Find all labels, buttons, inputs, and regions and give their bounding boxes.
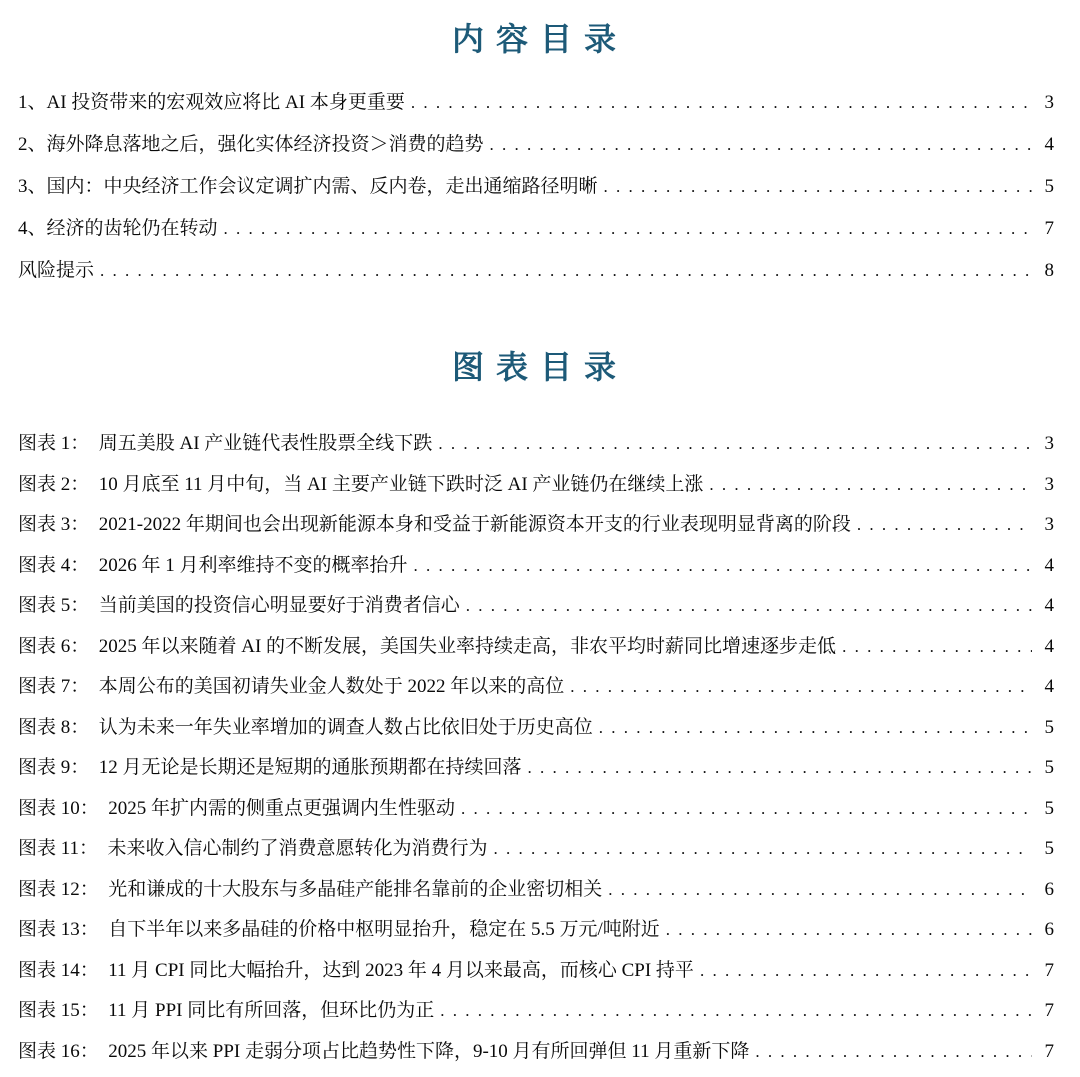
- toc-entry-page: 5: [1040, 748, 1054, 789]
- toc-entry-page: 6: [1040, 870, 1054, 911]
- toc-leader-dots: [842, 627, 1032, 668]
- toc-entry-label: 风险提示: [18, 250, 94, 292]
- toc-entry-label: 图表 12： 光和谦成的十大股东与多晶硅产能排名靠前的企业密切相关: [18, 870, 602, 911]
- toc-entry-page: 4: [1040, 667, 1054, 708]
- toc-entry[interactable]: 1、AI 投资带来的宏观效应将比 AI 本身更重要 3: [18, 82, 1054, 124]
- toc-leader-dots: [100, 250, 1032, 292]
- toc-page: 内容目录 1、AI 投资带来的宏观效应将比 AI 本身更重要 3 2、海外降息落…: [0, 0, 1080, 1077]
- toc-entry-page: 7: [1040, 1032, 1054, 1073]
- content-toc-list: 1、AI 投资带来的宏观效应将比 AI 本身更重要 3 2、海外降息落地之后，强…: [0, 82, 1080, 292]
- toc-entry-label: 图表 10： 2025 年扩内需的侧重点更强调内生性驱动: [18, 789, 455, 830]
- figure-toc-list: 图表 1： 周五美股 AI 产业链代表性股票全线下跌 3 图表 2： 10 月底…: [0, 424, 1080, 1072]
- toc-entry-label: 图表 9： 12 月无论是长期还是短期的通胀预期都在持续回落: [18, 748, 522, 789]
- toc-entry-page: 5: [1040, 166, 1054, 208]
- toc-entry-page: 3: [1040, 465, 1054, 506]
- toc-leader-dots: [570, 667, 1032, 708]
- toc-entry-label: 图表 5： 当前美国的投资信心明显要好于消费者信心: [18, 586, 460, 627]
- toc-entry-label: 3、国内：中央经济工作会议定调扩内需、反内卷，走出通缩路径明晰: [18, 166, 598, 208]
- toc-entry-page: 7: [1040, 951, 1054, 992]
- toc-entry[interactable]: 图表 8： 认为未来一年失业率增加的调查人数占比依旧处于历史高位 5: [18, 708, 1054, 749]
- toc-leader-dots: [411, 82, 1032, 124]
- toc-entry-page: 5: [1040, 789, 1054, 830]
- toc-leader-dots: [414, 546, 1032, 587]
- toc-entry-label: 图表 2： 10 月底至 11 月中旬，当 AI 主要产业链下跌时泛 AI 产业…: [18, 465, 703, 506]
- toc-entry-page: 3: [1040, 424, 1054, 465]
- toc-entry-page: 7: [1040, 208, 1054, 250]
- toc-entry-page: 7: [1040, 991, 1054, 1032]
- toc-entry[interactable]: 图表 11： 未来收入信心制约了消费意愿转化为消费行为 5: [18, 829, 1054, 870]
- toc-leader-dots: [466, 586, 1032, 627]
- toc-entry[interactable]: 3、国内：中央经济工作会议定调扩内需、反内卷，走出通缩路径明晰 5: [18, 166, 1054, 208]
- toc-entry-page: 3: [1040, 82, 1054, 124]
- toc-entry-label: 图表 16： 2025 年以来 PPI 走弱分项占比趋势性下降，9-10 月有所…: [18, 1032, 749, 1073]
- toc-entry[interactable]: 图表 9： 12 月无论是长期还是短期的通胀预期都在持续回落 5: [18, 748, 1054, 789]
- toc-entry[interactable]: 图表 6： 2025 年以来随着 AI 的不断发展，美国失业率持续走高，非农平均…: [18, 627, 1054, 668]
- toc-entry-label: 图表 11： 未来收入信心制约了消费意愿转化为消费行为: [18, 829, 488, 870]
- toc-leader-dots: [857, 505, 1032, 546]
- toc-entry-label: 4、经济的齿轮仍在转动: [18, 208, 218, 250]
- toc-leader-dots: [700, 951, 1032, 992]
- toc-entry[interactable]: 图表 15： 11 月 PPI 同比有所回落，但环比仍为正 7: [18, 991, 1054, 1032]
- toc-entry[interactable]: 图表 1： 周五美股 AI 产业链代表性股票全线下跌 3: [18, 424, 1054, 465]
- toc-entry-label: 图表 6： 2025 年以来随着 AI 的不断发展，美国失业率持续走高，非农平均…: [18, 627, 836, 668]
- toc-leader-dots: [440, 991, 1032, 1032]
- figure-toc-title: 图表目录: [0, 342, 1080, 400]
- toc-entry-label: 图表 8： 认为未来一年失业率增加的调查人数占比依旧处于历史高位: [18, 708, 593, 749]
- toc-leader-dots: [494, 829, 1032, 870]
- toc-leader-dots: [599, 708, 1032, 749]
- toc-leader-dots: [666, 910, 1032, 951]
- toc-leader-dots: [755, 1032, 1032, 1073]
- toc-entry[interactable]: 图表 14： 11 月 CPI 同比大幅抬升，达到 2023 年 4 月以来最高…: [18, 951, 1054, 992]
- toc-entry[interactable]: 2、海外降息落地之后，强化实体经济投资＞消费的趋势 4: [18, 124, 1054, 166]
- toc-leader-dots: [438, 424, 1032, 465]
- toc-entry-page: 3: [1040, 505, 1054, 546]
- toc-entry-page: 5: [1040, 708, 1054, 749]
- toc-entry-label: 1、AI 投资带来的宏观效应将比 AI 本身更重要: [18, 82, 405, 124]
- toc-leader-dots: [709, 465, 1032, 506]
- toc-entry-page: 4: [1040, 627, 1054, 668]
- toc-entry[interactable]: 图表 3： 2021-2022 年期间也会出现新能源本身和受益于新能源资本开支的…: [18, 505, 1054, 546]
- toc-entry-label: 2、海外降息落地之后，强化实体经济投资＞消费的趋势: [18, 124, 484, 166]
- toc-leader-dots: [528, 748, 1032, 789]
- toc-entry-page: 4: [1040, 586, 1054, 627]
- toc-entry[interactable]: 图表 2： 10 月底至 11 月中旬，当 AI 主要产业链下跌时泛 AI 产业…: [18, 465, 1054, 506]
- toc-entry[interactable]: 图表 10： 2025 年扩内需的侧重点更强调内生性驱动 5: [18, 789, 1054, 830]
- toc-entry-label: 图表 7： 本周公布的美国初请失业金人数处于 2022 年以来的高位: [18, 667, 564, 708]
- toc-entry[interactable]: 风险提示 8: [18, 250, 1054, 292]
- content-toc-title: 内容目录: [0, 0, 1080, 58]
- toc-leader-dots: [224, 208, 1032, 250]
- toc-leader-dots: [490, 124, 1032, 166]
- toc-entry[interactable]: 图表 13： 自下半年以来多晶硅的价格中枢明显抬升，稳定在 5.5 万元/吨附近…: [18, 910, 1054, 951]
- toc-entry-page: 8: [1040, 250, 1054, 292]
- toc-entry-label: 图表 3： 2021-2022 年期间也会出现新能源本身和受益于新能源资本开支的…: [18, 505, 851, 546]
- toc-entry-label: 图表 4： 2026 年 1 月利率维持不变的概率抬升: [18, 546, 408, 587]
- toc-leader-dots: [604, 166, 1032, 208]
- toc-entry-label: 图表 1： 周五美股 AI 产业链代表性股票全线下跌: [18, 424, 432, 465]
- toc-entry-page: 6: [1040, 910, 1054, 951]
- toc-entry[interactable]: 图表 16： 2025 年以来 PPI 走弱分项占比趋势性下降，9-10 月有所…: [18, 1032, 1054, 1073]
- toc-entry-label: 图表 14： 11 月 CPI 同比大幅抬升，达到 2023 年 4 月以来最高…: [18, 951, 694, 992]
- toc-entry[interactable]: 图表 7： 本周公布的美国初请失业金人数处于 2022 年以来的高位 4: [18, 667, 1054, 708]
- toc-entry-label: 图表 13： 自下半年以来多晶硅的价格中枢明显抬升，稳定在 5.5 万元/吨附近: [18, 910, 660, 951]
- toc-entry[interactable]: 图表 5： 当前美国的投资信心明显要好于消费者信心 4: [18, 586, 1054, 627]
- toc-leader-dots: [461, 789, 1032, 830]
- toc-entry[interactable]: 4、经济的齿轮仍在转动 7: [18, 208, 1054, 250]
- toc-entry[interactable]: 图表 12： 光和谦成的十大股东与多晶硅产能排名靠前的企业密切相关 6: [18, 870, 1054, 911]
- toc-entry-page: 4: [1040, 124, 1054, 166]
- toc-entry-page: 5: [1040, 829, 1054, 870]
- toc-leader-dots: [608, 870, 1032, 911]
- toc-entry-label: 图表 15： 11 月 PPI 同比有所回落，但环比仍为正: [18, 991, 434, 1032]
- toc-entry-page: 4: [1040, 546, 1054, 587]
- toc-entry[interactable]: 图表 4： 2026 年 1 月利率维持不变的概率抬升 4: [18, 546, 1054, 587]
